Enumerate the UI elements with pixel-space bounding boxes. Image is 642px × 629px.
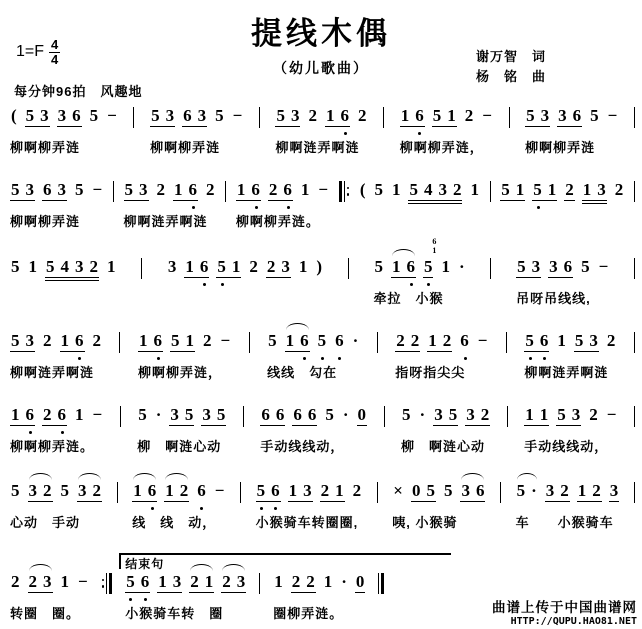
measure: 532162柳啊涟弄啊涟 [273, 106, 369, 156]
note-group: 51 [432, 106, 457, 127]
note-group: 53 [516, 257, 541, 278]
note: 2 [43, 331, 52, 351]
note: 3 [168, 257, 177, 277]
note-group: 35 [201, 405, 226, 426]
lyric-line: 线 线 动， [132, 512, 225, 531]
note: 5 [217, 257, 226, 277]
note-group: 12 [427, 331, 452, 352]
notes-row: 16261− [236, 180, 329, 202]
note-group: 22 [291, 572, 316, 593]
thin-bar [634, 107, 635, 128]
note-group: 5432 [45, 257, 99, 281]
note-group: 53 [275, 106, 300, 127]
note-group: 2 [205, 180, 216, 200]
barline-single [509, 106, 510, 128]
note-group: − [317, 180, 329, 200]
note: 2 [29, 572, 38, 592]
note-group: 5 [580, 257, 591, 277]
note-group: 5 [10, 481, 21, 501]
note-group: − [219, 331, 231, 351]
barline-single [243, 405, 244, 427]
note: 3 [40, 106, 49, 126]
note-group: 2 [564, 180, 575, 201]
note-group: 36 [548, 257, 573, 278]
measure: 66665·0手动线线动， [258, 405, 369, 455]
score-line: 53635−柳啊柳弄涟532162柳啊涟弄啊涟16261−柳啊柳弄涟。(5154… [8, 180, 636, 230]
note-group: − [232, 106, 244, 126]
note: 2 [453, 180, 462, 200]
note: 3 [541, 106, 550, 126]
note-group: 5 [267, 331, 278, 351]
slur-group: 16 [285, 331, 310, 352]
note: 6 [276, 405, 285, 425]
note: 3 [198, 106, 207, 126]
note-group: 2 [588, 405, 599, 425]
note: 3 [58, 180, 67, 200]
note: 6 [183, 106, 192, 126]
note: 2 [607, 331, 616, 351]
note-group: 2 [357, 106, 368, 126]
note-group: 53 [25, 106, 50, 127]
score-line: (53365−柳啊柳弄涟53635−柳啊柳弄涟532162柳啊涟弄啊涟16512… [8, 106, 636, 156]
repeat-dot [347, 187, 350, 190]
thin-bar [490, 181, 491, 202]
octave-dot [464, 357, 467, 360]
note: 2 [615, 180, 624, 200]
note: − [93, 180, 103, 200]
measure: 16512−柳啊柳弄涟， [136, 331, 233, 381]
note: 0 [358, 405, 367, 425]
note-group: 5 [443, 481, 454, 501]
note-group: 53 [525, 106, 550, 127]
notes-row: 16512− [138, 331, 231, 353]
note: 5 [426, 481, 435, 501]
note: 6 [308, 405, 317, 425]
note: 1 [578, 481, 587, 501]
note-group: 5 [214, 106, 225, 126]
note: 2 [269, 180, 278, 200]
note: 2 [353, 481, 362, 501]
note-group: 16 [10, 405, 35, 426]
note-group: 51 [532, 180, 557, 201]
note-group: 1 [440, 257, 451, 277]
thin-bar [507, 406, 508, 427]
thin-bar [634, 181, 635, 202]
note-group: 1 [60, 572, 71, 592]
barline-single [490, 257, 491, 279]
octave-dot [321, 357, 324, 360]
note: − [478, 331, 488, 351]
note-group: 2 [464, 106, 475, 126]
note: 5 [138, 405, 147, 425]
octave-dot [427, 283, 430, 286]
note: 6 [340, 106, 349, 126]
measure: 5·3535柳 啊涟心动 [135, 405, 228, 455]
note-group: 53 [150, 106, 175, 127]
note: 1 [237, 180, 246, 200]
note: 5 [501, 180, 510, 200]
barline-single [133, 106, 134, 128]
note-group: 13 [157, 572, 182, 593]
measure: 16126−线 线 动， [130, 481, 227, 531]
lyric-line: 柳啊柳弄涟 [525, 137, 618, 156]
note: 3 [532, 257, 541, 277]
note: 2 [396, 331, 405, 351]
barline-single [225, 180, 226, 202]
note: 2 [90, 257, 99, 277]
measure: 5·3532柳 啊涟心动 [399, 405, 492, 455]
note: 1 [289, 481, 298, 501]
note-group: · [340, 572, 348, 592]
note-group: 5 [137, 405, 148, 425]
notes-row: 5154321 [10, 257, 117, 279]
note-group: 1 [469, 180, 480, 200]
note: 2 [443, 331, 452, 351]
octave-dot [344, 132, 347, 135]
thin-bar [490, 258, 491, 279]
note: 5 [26, 106, 35, 126]
note-group: ( [359, 180, 367, 200]
note: 6 [564, 257, 573, 277]
note-group: 12 [577, 481, 602, 502]
octave-dot [287, 206, 290, 209]
barline-open-repeat [339, 180, 350, 202]
notes-row: 16261− [10, 405, 103, 427]
slur-group: 16 [132, 481, 157, 502]
note: 1 [29, 257, 38, 277]
note: 2 [43, 405, 52, 425]
thin-bar [509, 107, 510, 128]
note: · [156, 405, 162, 425]
note-group: 0 [355, 572, 366, 593]
octave-dot [338, 357, 341, 360]
octave-dot [151, 507, 154, 510]
score-line: 532162柳啊涟弄啊涟16512−柳啊柳弄涟，51656·线线 勾在22126… [8, 331, 636, 381]
barline-single [506, 331, 507, 353]
barline-single [120, 405, 121, 427]
repeat-dots [102, 573, 105, 594]
thin-bar [383, 107, 384, 128]
barline-single [634, 257, 635, 279]
score-line: 532532心动 手动16126−线 线 动，5613212小猴骑车转圈圈,×0… [8, 481, 636, 531]
notes-row: 5613212 [256, 481, 363, 503]
note-group: 1 [300, 180, 311, 200]
note: 3 [26, 331, 35, 351]
lyric-line: 柳啊涟弄啊涟 [275, 137, 367, 156]
note: · [353, 331, 359, 351]
note: 6 [251, 180, 260, 200]
note-group: 2 [92, 331, 103, 351]
barline-single [117, 481, 118, 503]
measure: 16261−柳啊柳弄涟。 [234, 180, 331, 230]
lyric-line: 手动线线动， [260, 436, 367, 455]
note-group: · [342, 405, 350, 425]
notes-row: 5·32123 [516, 481, 620, 503]
thin-bar [106, 573, 107, 594]
note: 2 [565, 180, 574, 200]
note-group: − [481, 106, 493, 126]
lyric-line: 柳啊柳弄涟 [10, 211, 103, 230]
octave-dot [274, 507, 277, 510]
note-group: 6 [334, 331, 345, 351]
note: − [107, 106, 117, 126]
note: 5 [11, 257, 20, 277]
measure: 51512132 [498, 180, 626, 227]
measure: 316512231) [165, 257, 325, 304]
note-group: 5432 [408, 180, 462, 204]
note: · [420, 405, 426, 425]
note-group: 26 [42, 405, 67, 426]
note: · [341, 572, 347, 592]
sheet-music-page: { "header": { "title": "提线木偶", "subtitle… [0, 0, 642, 629]
note: 6 [58, 405, 67, 425]
notes-row: 561532 [524, 331, 616, 353]
note: 2 [180, 481, 189, 501]
notes-row: 5·3532 [401, 405, 490, 427]
note: 2 [157, 180, 166, 200]
note: 5 [90, 106, 99, 126]
note-group: 2 [42, 331, 53, 351]
note: 1 [274, 572, 283, 592]
note: − [215, 481, 225, 501]
slur-group: 16 [391, 257, 416, 278]
note-group: · [419, 405, 427, 425]
note: 3 [166, 106, 175, 126]
barline-single [634, 405, 635, 427]
note: 1 [299, 257, 308, 277]
note-group: 5 [324, 405, 335, 425]
note: 1 [286, 331, 295, 351]
note: 3 [58, 106, 67, 126]
note: − [93, 405, 103, 425]
note-group: − [214, 481, 226, 501]
note: 2 [93, 331, 102, 351]
note-group: 05 [411, 481, 436, 502]
note: · [531, 481, 537, 501]
lyric-line: 转圈 圈。 [10, 603, 89, 622]
note: − [599, 257, 609, 277]
notes-row: 16126− [132, 481, 225, 503]
note-group: 53 [556, 405, 581, 426]
watermark-site-url: HTTP://QUPU.HAO81.NET [492, 616, 637, 627]
note-group: 16 [325, 106, 350, 127]
note: 1 [525, 405, 534, 425]
note-group: 66 [260, 405, 285, 426]
note: 3 [78, 481, 87, 501]
note: 3 [434, 405, 443, 425]
notes-row: 56132123 [125, 572, 246, 594]
watermark: 曲谱上传于中国曲谱网 HTTP://QUPU.HAO81.NET [492, 596, 637, 627]
lyric-line: 柳啊柳弄涟。 [236, 211, 329, 230]
note-group: 35 [433, 405, 458, 426]
note: 3 [610, 481, 619, 501]
thin-bar [634, 258, 635, 279]
slur-group: 32 [77, 481, 102, 502]
note: 5 [185, 405, 194, 425]
note: 2 [358, 106, 367, 126]
note-group: 2 [10, 572, 21, 592]
note: 3 [281, 257, 290, 277]
note: 3 [546, 481, 555, 501]
lyric-line: 小猴骑车转 圈 [125, 603, 246, 622]
octave-dot [200, 507, 203, 510]
note: 3 [173, 572, 182, 592]
note-group: − [477, 331, 489, 351]
lyric-line: 线线 勾在 [267, 362, 359, 381]
note-group: 1 [28, 257, 39, 277]
thin-bar [634, 406, 635, 427]
note: 3 [461, 481, 470, 501]
note: 3 [558, 106, 567, 126]
note: 3 [549, 257, 558, 277]
barline-single [113, 180, 114, 202]
repeat-dot [102, 579, 105, 582]
note-group: 5 [89, 106, 100, 126]
notes-row: 532162 [124, 180, 216, 202]
note-group: 5 [589, 106, 600, 126]
note: 1 [335, 481, 344, 501]
note: ( [360, 180, 366, 200]
note: 2 [206, 180, 215, 200]
note-group: 36 [57, 106, 82, 127]
note: 1 [61, 331, 70, 351]
lyric-line: 指呀指尖尖 [395, 362, 488, 381]
note: 1 [158, 572, 167, 592]
note: 2 [222, 572, 231, 592]
note: 6 [75, 331, 84, 351]
note: 1 [516, 180, 525, 200]
octave-dot [410, 283, 413, 286]
note: 3 [291, 106, 300, 126]
note: 3 [589, 331, 598, 351]
lyric-line: 柳啊涟弄啊涟 [524, 362, 616, 381]
notes-row: ×05536 [392, 481, 485, 503]
measure: (53365−柳啊柳弄涟 [8, 106, 120, 156]
note: 6 [261, 405, 270, 425]
note: 2 [267, 257, 276, 277]
score-line: 5154321316512231)51656 11·牵拉 小猴53365−吊呀吊… [8, 257, 636, 307]
note-group: 53 [10, 331, 35, 352]
barline-single [240, 481, 241, 503]
note-group: 16 [184, 257, 209, 278]
notes-row: 532532 [10, 481, 102, 503]
octave-dot [157, 357, 160, 360]
measure: 2231−转圈 圈。 [8, 572, 91, 622]
note: 6 [476, 481, 485, 501]
note: − [318, 180, 328, 200]
lyric-line: 柳 啊涟心动 [137, 436, 226, 455]
note: 5 [526, 106, 535, 126]
note-group: 2 [156, 180, 167, 200]
thin-bar [225, 181, 226, 202]
note-group: − [607, 106, 619, 126]
note: 5 [557, 405, 566, 425]
lyric-line: 吊呀吊线线, [516, 288, 609, 307]
note-group: 51 [170, 331, 195, 352]
thin-bar [240, 482, 241, 503]
note: 6 [460, 331, 469, 351]
measure: 结束句56132123小猴骑车转 圈 [123, 572, 248, 622]
notes-row: 532162 [10, 331, 102, 353]
note: 2 [589, 405, 598, 425]
lyric-line: 圈柳弄涟。 [273, 603, 365, 622]
note: 5 [151, 106, 160, 126]
note-group: 5 [74, 180, 85, 200]
thin-bar [377, 332, 378, 353]
thin-bar [378, 573, 379, 594]
notes-row: 51656· [267, 331, 359, 353]
thin-bar [113, 181, 114, 202]
barline-close-repeat [102, 572, 113, 594]
octave-dot [255, 206, 258, 209]
note: 1 [441, 257, 450, 277]
note: 0 [412, 481, 421, 501]
note: 6 [415, 106, 424, 126]
note: 1 [324, 572, 333, 592]
note: 5 [125, 180, 134, 200]
thin-bar [259, 107, 260, 128]
note: 2 [306, 572, 315, 592]
note-group: 16 [138, 331, 163, 352]
notes-row: 5·3535 [137, 405, 226, 427]
watermark-site-name: 曲谱上传于中国曲谱网 [492, 596, 637, 616]
measure: 51656·线线 勾在 [265, 331, 361, 381]
octave-dot [129, 598, 132, 601]
note-group: 56 [524, 331, 549, 352]
measure: ×05536咦, 小猴骑 [390, 481, 487, 531]
measure: 51656 11·牵拉 小猴 [371, 257, 467, 307]
lyric-line [10, 288, 117, 304]
measure: 1221·0圈柳弄涟。 [271, 572, 367, 622]
note: 2 [308, 106, 317, 126]
note: 6 [283, 180, 292, 200]
note: 5 [374, 257, 383, 277]
note-group: 1 [323, 572, 334, 592]
note: 1 [205, 572, 214, 592]
lyric-line: 牵拉 小猴 [373, 288, 465, 307]
note-group: 1 [74, 405, 85, 425]
thin-bar [119, 332, 120, 353]
barline-single [500, 481, 501, 503]
measure: 53365−吊呀吊线线, [514, 257, 611, 307]
note: 1 [470, 180, 479, 200]
note: 5 [11, 180, 20, 200]
thin-bar [348, 258, 349, 279]
note-group: 51 [216, 257, 241, 278]
note: 1 [326, 106, 335, 126]
note: 2 [11, 572, 20, 592]
note-group: 2 [352, 481, 363, 501]
notes-row: 16512− [400, 106, 493, 128]
note-group: 2 [202, 331, 213, 351]
note: 1 [61, 572, 70, 592]
thin-bar [384, 406, 385, 427]
note-group: − [106, 106, 118, 126]
measure: 22126−指呀指尖尖 [393, 331, 490, 381]
note: 2 [93, 481, 102, 501]
notes-row: 316512231) [167, 257, 323, 279]
note: 5 [11, 331, 20, 351]
note-group: ) [315, 257, 323, 277]
note-group: 3 [167, 257, 178, 277]
barline-single [249, 331, 250, 353]
octave-dot [537, 206, 540, 209]
thin-bar [634, 482, 635, 503]
note-group: 56 [125, 572, 150, 593]
ending-bracket: 结束句 [119, 553, 451, 569]
note: 1 [447, 106, 456, 126]
note-group: 32 [465, 405, 490, 426]
